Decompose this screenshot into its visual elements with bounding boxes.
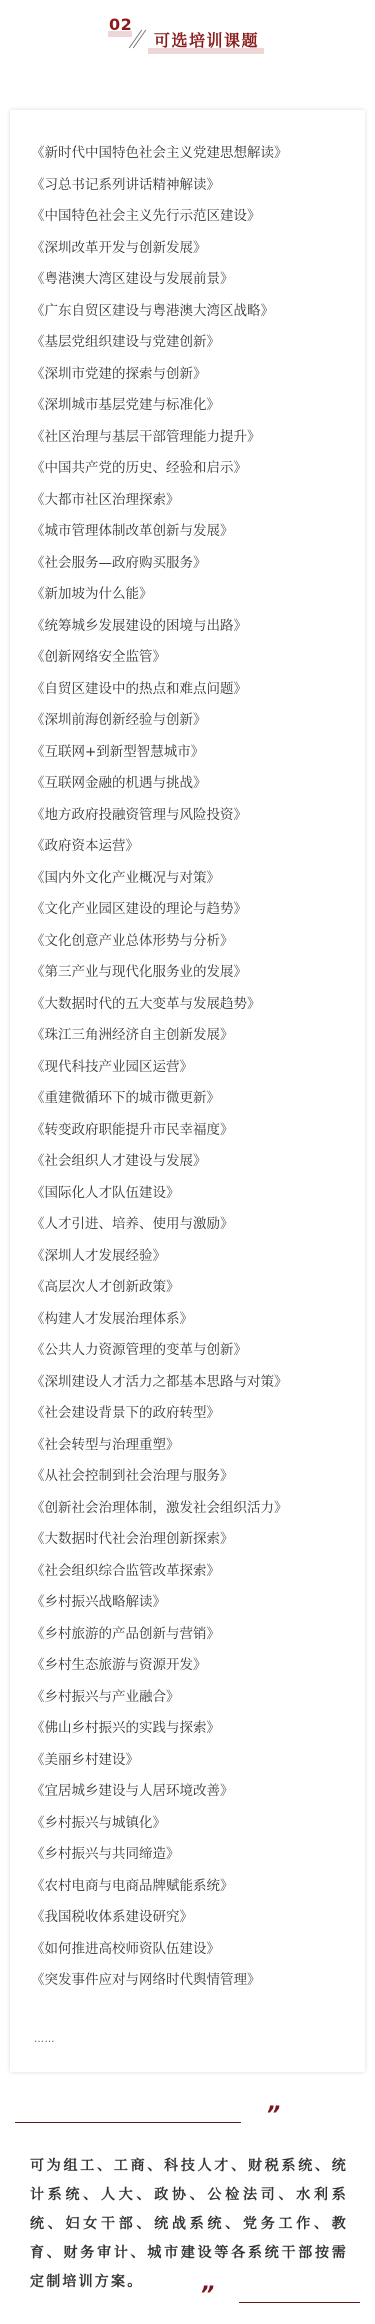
- topic-item: 《乡村振兴与城镇化》: [31, 1814, 355, 1846]
- topic-item: 《粤港澳大湾区建设与发展前景》: [31, 270, 355, 302]
- topic-item: 《国内外文化产业概况与对策》: [31, 869, 355, 901]
- topic-item: 《互联网金融的机遇与挑战》: [31, 774, 355, 806]
- topic-item: 《如何推进高校师资队伍建设》: [31, 1940, 355, 1972]
- section-header: 02 可选培训课题: [0, 0, 375, 70]
- topics-list: 《新时代中国特色社会主义党建思想解读》《习总书记系列讲话精神解读》《中国特色社会…: [31, 144, 355, 2003]
- topic-item: 《美丽乡村建设》: [31, 1751, 355, 1783]
- topic-item: 《自贸区建设中的热点和难点问题》: [31, 680, 355, 712]
- topic-item: 《广东自贸区建设与粤港澳大湾区战略》: [31, 302, 355, 334]
- topic-item: 《乡村生态旅游与资源开发》: [31, 1656, 355, 1688]
- topic-item: 《高层次人才创新政策》: [31, 1278, 355, 1310]
- quote-text: 可为组工、工商、科技人才、财税系统、统计系统、人大、政协、公检法司、水利系统、妇…: [30, 2152, 348, 2297]
- topic-item: 《重建微循环下的城市微更新》: [31, 1089, 355, 1121]
- topic-item: 《乡村振兴与产业融合》: [31, 1688, 355, 1720]
- topic-item: 《大数据时代社会治理创新探索》: [31, 1530, 355, 1562]
- topic-item: 《深圳市党建的探索与创新》: [31, 365, 355, 397]
- topic-item: 《大都市社区治理探索》: [31, 491, 355, 523]
- section-number: 02: [109, 16, 132, 34]
- quote-block: ” 可为组工、工商、科技人才、财税系统、统计系统、人大、政协、公检法司、水利系统…: [0, 2090, 375, 2324]
- topic-item: 《佛山乡村振兴的实践与探索》: [31, 1719, 355, 1751]
- topic-item: 《突发事件应对与网络时代舆情管理》: [31, 1971, 355, 2003]
- topic-item: 《城市管理体制改革创新与发展》: [31, 522, 355, 554]
- topic-item: 《政府资本运营》: [31, 837, 355, 869]
- section-number-badge: 02: [108, 16, 132, 38]
- topic-item: 《现代科技产业园区运营》: [31, 1058, 355, 1090]
- topic-item: 《社会服务—政府购买服务》: [31, 554, 355, 586]
- topic-item: 《中国特色社会主义先行示范区建设》: [31, 207, 355, 239]
- topic-item: 《农村电商与电商品牌赋能系统》: [31, 1877, 355, 1909]
- topic-item: 《国际化人才队伍建设》: [31, 1184, 355, 1216]
- topic-item: 《创新网络安全监管》: [31, 648, 355, 680]
- topic-item: 《公共人力资源管理的变革与创新》: [31, 1341, 355, 1373]
- topic-item: 《创新社会治理体制，激发社会组织活力》: [31, 1499, 355, 1531]
- topic-item: 《深圳改革开发与创新发展》: [31, 239, 355, 271]
- topic-item: 《社会组织人才建设与发展》: [31, 1152, 355, 1184]
- topic-item: 《构建人才发展治理体系》: [31, 1310, 355, 1342]
- topic-item: 《社区治理与基层干部管理能力提升》: [31, 428, 355, 460]
- topic-item: 《乡村振兴与共同缔造》: [31, 1845, 355, 1877]
- section-title: 可选培训课题: [154, 30, 259, 52]
- topic-item: 《宜居城乡建设与人居环境改善》: [31, 1782, 355, 1814]
- topic-item: 《我国税收体系建设研究》: [31, 1908, 355, 1940]
- topics-card: 《新时代中国特色社会主义党建思想解读》《习总书记系列讲话精神解读》《中国特色社会…: [10, 110, 365, 2072]
- divider-line-top: [15, 2122, 241, 2123]
- topic-item: 《深圳城市基层党建与标准化》: [31, 396, 355, 428]
- topic-item: 《社会组织综合监管改革探索》: [31, 1562, 355, 1594]
- topic-item: 《互联网+到新型智慧城市》: [31, 743, 355, 775]
- topic-item: 《乡村旅游的产品创新与营销》: [31, 1625, 355, 1657]
- topic-item: 《新加坡为什么能》: [31, 585, 355, 617]
- topic-item: 《第三产业与现代化服务业的发展》: [31, 963, 355, 995]
- topic-item: 《文化创意产业总体形势与分析》: [31, 932, 355, 964]
- topic-item: 《人才引进、培养、使用与激励》: [31, 1215, 355, 1247]
- topic-item: 《新时代中国特色社会主义党建思想解读》: [31, 144, 355, 176]
- topic-item: 《中国共产党的历史、经验和启示》: [31, 459, 355, 491]
- topic-item: 《文化产业园区建设的理论与趋势》: [31, 900, 355, 932]
- topic-item: 《深圳建设人才活力之都基本思路与对策》: [31, 1373, 355, 1405]
- section-title-wrap: 可选培训课题: [148, 30, 264, 56]
- topic-item: 《地方政府投融资管理与风险投资》: [31, 806, 355, 838]
- topic-item: 《深圳人才发展经验》: [31, 1247, 355, 1279]
- topic-item: 《从社会控制到社会治理与服务》: [31, 1467, 355, 1499]
- topic-item: 《习总书记系列讲话精神解读》: [31, 176, 355, 208]
- topic-item: 《深圳前海创新经验与创新》: [31, 711, 355, 743]
- topic-item: 《大数据时代的五大变革与发展趋势》: [31, 995, 355, 1027]
- topic-item: 《社会建设背景下的政府转型》: [31, 1404, 355, 1436]
- topic-item: 《统筹城乡发展建设的困境与出路》: [31, 617, 355, 649]
- quote-mark-icon: ”: [200, 2286, 214, 2306]
- topic-item: 《转变政府职能提升市民幸福度》: [31, 1121, 355, 1153]
- double-slash-icon: [131, 28, 145, 50]
- topic-item: 《基层党组织建设与党建创新》: [31, 333, 355, 365]
- topic-item: 《乡村振兴战略解读》: [31, 1593, 355, 1625]
- quote-mark-icon: ”: [266, 2106, 280, 2126]
- more-ellipsis: ……: [34, 2034, 55, 2045]
- divider-line-bottom: [239, 2302, 360, 2303]
- topic-item: 《珠江三角洲经济自主创新发展》: [31, 1026, 355, 1058]
- topic-item: 《社会转型与治理重塑》: [31, 1436, 355, 1468]
